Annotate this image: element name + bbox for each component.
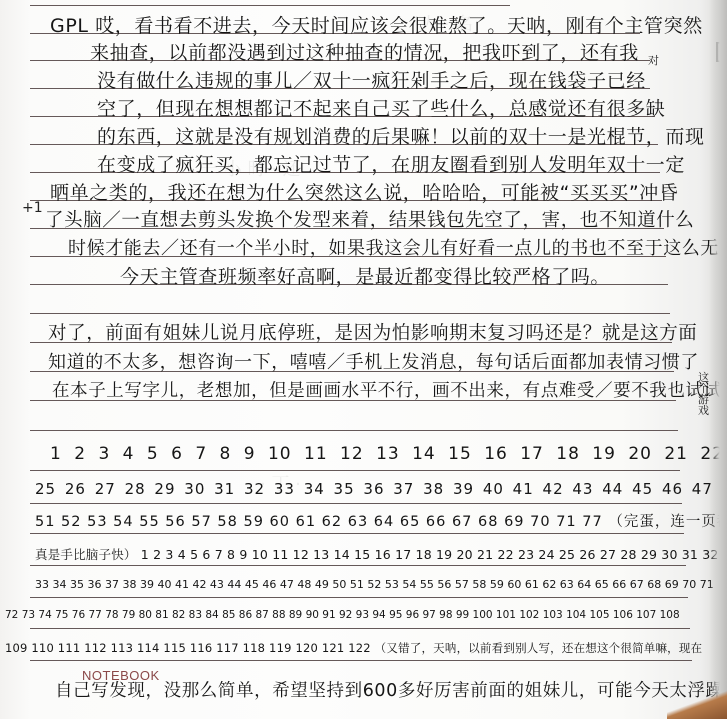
number-line-5: 33 34 35 36 37 38 39 40 41 42 43 44 45 4… [35, 578, 714, 591]
number-line-1: 1 2 3 4 5 6 7 8 9 10 11 12 13 14 15 16 1… [50, 444, 727, 464]
journal-line-1: GPL 哎，看书看不进去，今天时间应该会很难熬了。天呐，刚有个主管突然 [50, 11, 703, 38]
journal-line-2: 来抽查，以前都没遇到过这种抽查的情况，把我吓到了，还有我 [90, 38, 639, 65]
ruled-line [30, 628, 690, 629]
journal-line-12: 知道的不太多，想咨询一下，嘻嘻／手机上发消息，每句话后面都加表情习惯了 [48, 348, 699, 374]
ruled-line [30, 503, 682, 504]
ruled-line [30, 470, 680, 471]
number-line-6: 72 73 74 75 76 77 78 79 80 81 82 83 84 8… [5, 609, 680, 621]
ruled-line [30, 533, 684, 534]
ruled-line [30, 5, 510, 6]
notebook-page: 人 · 名 一 小 时 · 还 · 丁 · GPL 哎，看书看不进去，今天时间应… [0, 0, 727, 719]
ruled-line [30, 660, 692, 661]
journal-line-3: 没有做什么违规的事儿／双十一疯狂剁手之后，现在钱袋子已经 [97, 66, 646, 93]
journal-line-9: 时候才能去／还有一个半小时，如果我这会儿有好看一点儿的书也不至于这么无聊 [68, 234, 727, 260]
ruled-line [30, 565, 686, 566]
number-line-2: 25 26 27 28 29 30 31 32 33 34 35 36 37 3… [35, 480, 727, 498]
wooden-surface-corner [667, 689, 727, 719]
page-edge-shadow [709, 0, 727, 719]
journal-line-5: 的东西，这就是没有规划消费的后果嘛！以前的双十一是光棍节，而现 [97, 122, 705, 149]
journal-line-10: 今天主管查班频率好高啊，是最近都变得比较严格了吗。 [120, 262, 610, 289]
journal-line-11: 对了，前面有姐妹儿说月底停班，是因为怕影响期末复习吗还是？就是这方面 [48, 319, 697, 345]
journal-line-6: 在变成了疯狂买，都忘记过节了，在朋友圈看到别人发明年双十一定 [97, 150, 685, 177]
ruled-line [30, 430, 678, 431]
ruled-line [30, 597, 688, 598]
journal-line-13: 在本子上写字儿，老想加，但是画画水平不行，画不出来，有点难受／要不我也试试前面的 [52, 377, 727, 402]
margin-note: +1 [22, 200, 43, 216]
journal-line-4: 空了，但现在想想都记不起来自己买了些什么，总感觉还有很多缺 [97, 94, 665, 121]
number-line-4: 真是手比脑子快） 1 2 3 4 5 6 7 8 9 10 11 12 13 1… [35, 545, 719, 563]
journal-line-7: 晒单之类的，我还在想为什么突然这么说，哈哈哈，可能被“买买买”冲昏 [50, 178, 679, 205]
number-line-7: 109 110 111 112 113 114 115 116 117 118 … [5, 640, 702, 656]
ruled-line [30, 313, 670, 314]
number-line-3: 51 52 53 54 55 56 57 58 59 60 61 62 63 6… [35, 510, 727, 531]
notebook-stamp: NOTEBOOK [82, 668, 160, 683]
journal-line-8: 了头脑／一直想去剪头发换个发型来着，结果钱包先空了，害，也不知道什么 [45, 206, 694, 232]
insertion-annotation: 对 [648, 52, 659, 68]
